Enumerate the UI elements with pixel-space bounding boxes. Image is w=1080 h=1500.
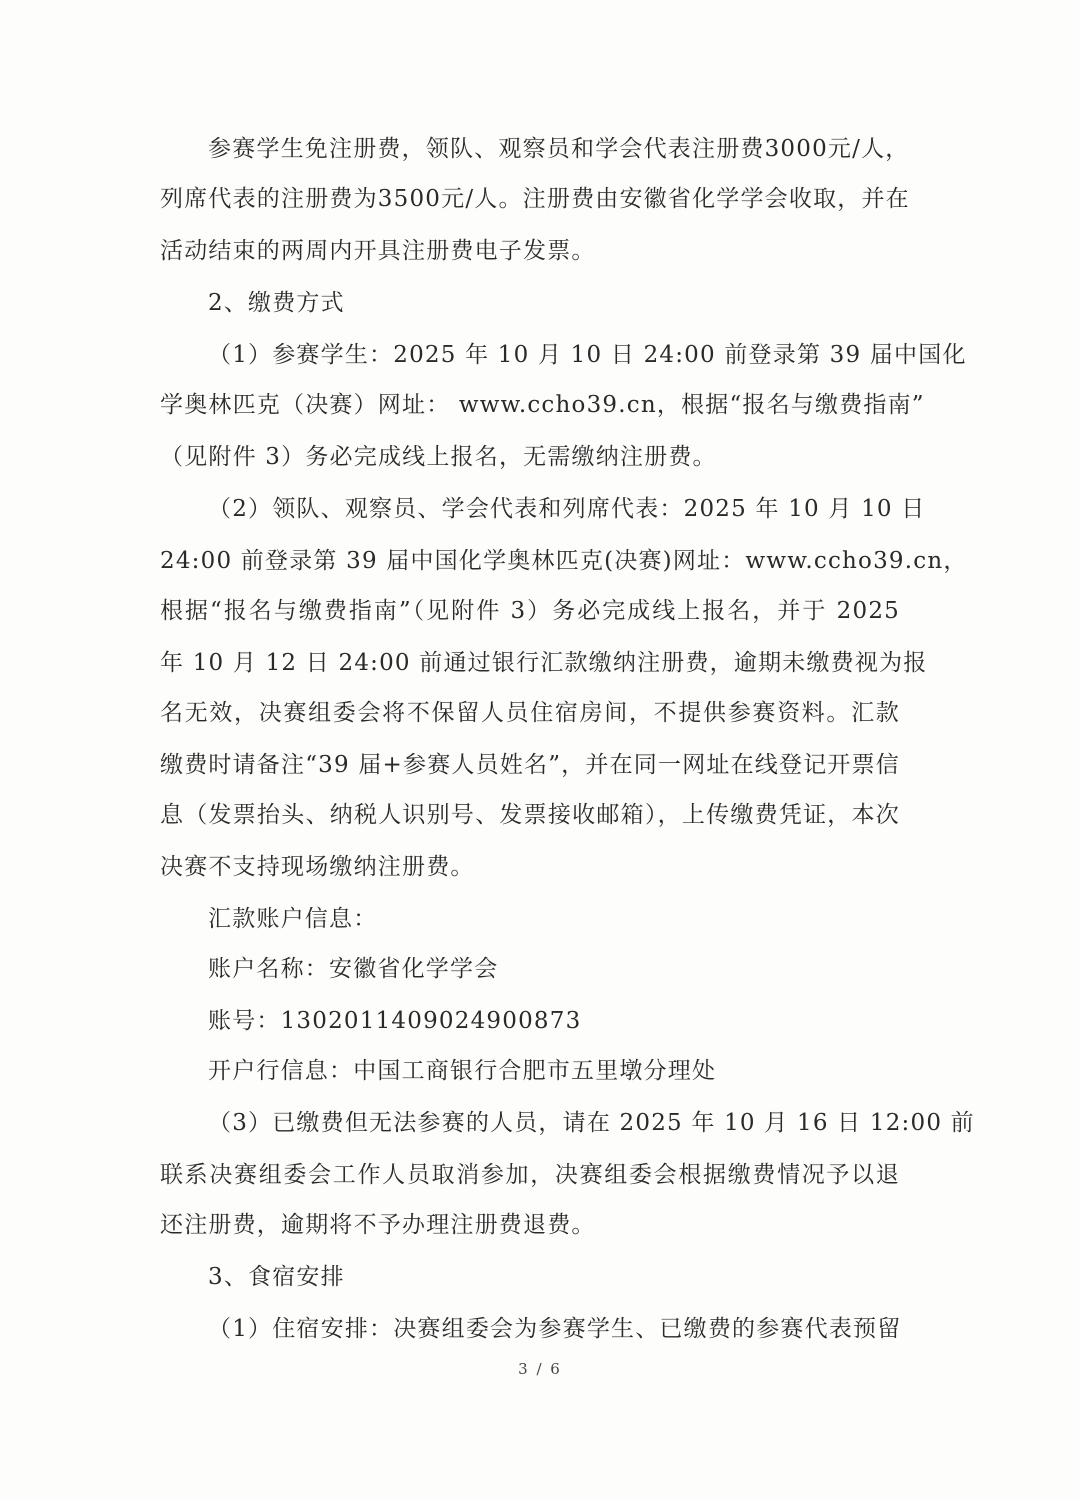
text-line: （1）参赛学生：2025 年 10 月 10 日 24:00 前登录第 39 届…: [208, 340, 900, 370]
text-line: 2、缴费方式: [208, 288, 345, 318]
text-line: 还注册费，逾期将不予办理注册费退费。: [160, 1210, 596, 1240]
text-line: 缴费时请备注“39 届+参赛人员姓名”，并在同一网址在线登记开票信: [160, 750, 900, 780]
text-line: 根据“报名与缴费指南”（见附件 3）务必完成线上报名，并于 2025: [160, 596, 900, 626]
text-line: 学奥林匹克（决赛）网址： www.ccho39.cn，根据“报名与缴费指南”: [160, 390, 900, 420]
text-line: 息（发票抬头、纳税人识别号、发票接收邮箱），上传缴费凭证，本次: [160, 800, 900, 830]
text-line: 账户名称：安徽省化学学会: [208, 954, 498, 984]
text-line: 3、食宿安排: [208, 1262, 345, 1292]
text-line: 参赛学生免注册费，领队、观察员和学会代表注册费3000元/人，: [208, 134, 900, 164]
text-line: 决赛不支持现场缴纳注册费。: [160, 852, 475, 882]
text-line: 列席代表的注册费为3500元/人。注册费由安徽省化学学会收取，并在: [160, 184, 900, 214]
text-line: 24:00 前登录第 39 届中国化学奥林匹克(决赛)网址：www.ccho39…: [160, 546, 900, 576]
text-line: 年 10 月 12 日 24:00 前通过银行汇款缴纳注册费，逾期未缴费视为报: [160, 648, 900, 678]
text-line: 活动结束的两周内开具注册费电子发票。: [160, 236, 596, 266]
page-number: 3 / 6: [0, 1360, 1080, 1378]
text-line: （3）已缴费但无法参赛的人员，请在 2025 年 10 月 16 日 12:00…: [208, 1108, 900, 1138]
text-line: 汇款账户信息：: [208, 904, 377, 934]
text-line: 联系决赛组委会工作人员取消参加，决赛组委会根据缴费情况予以退: [160, 1160, 900, 1190]
text-line: （2）领队、观察员、学会代表和列席代表：2025 年 10 月 10 日: [208, 494, 900, 524]
text-line: 账号：1302011409024900873: [208, 1006, 581, 1036]
text-line: （见附件 3）务必完成线上报名，无需缴纳注册费。: [160, 442, 717, 472]
text-line: 开户行信息：中国工商银行合肥市五里墩分理处: [208, 1056, 716, 1086]
text-line: （1）住宿安排：决赛组委会为参赛学生、已缴费的参赛代表预留: [208, 1314, 900, 1344]
text-line: 名无效，决赛组委会将不保留人员住宿房间，不提供参赛资料。汇款: [160, 698, 900, 728]
